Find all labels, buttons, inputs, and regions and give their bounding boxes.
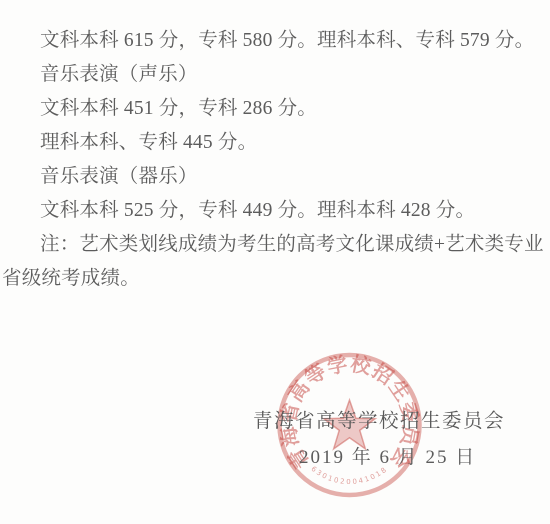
signature-date: 2019 年 6 月 25 日 bbox=[299, 442, 476, 469]
score-line-vocal-science: 理科本科、专科 445 分。 bbox=[2, 126, 547, 160]
signature-issuer: 青海省高等学校招生委员会 bbox=[253, 405, 505, 433]
document-page: 青海省高等学校招生委员会 6301020041018 文科本科 615 分，专科… bbox=[0, 0, 550, 524]
note-paragraph: 注：艺术类划线成绩为考生的高考文化课成绩+艺术类专业省级统考成绩。 bbox=[2, 228, 547, 296]
score-line-instrumental: 文科本科 525 分，专科 449 分。理科本科 428 分。 bbox=[2, 194, 547, 228]
document-body: 文科本科 615 分，专科 580 分。理科本科、专科 579 分。 音乐表演（… bbox=[2, 24, 547, 296]
category-line-instrumental-music: 音乐表演（器乐） bbox=[2, 160, 547, 194]
category-line-vocal-music: 音乐表演（声乐） bbox=[2, 58, 547, 92]
score-line-regular: 文科本科 615 分，专科 580 分。理科本科、专科 579 分。 bbox=[2, 24, 547, 58]
score-line-vocal-arts: 文科本科 451 分，专科 286 分。 bbox=[2, 92, 547, 126]
